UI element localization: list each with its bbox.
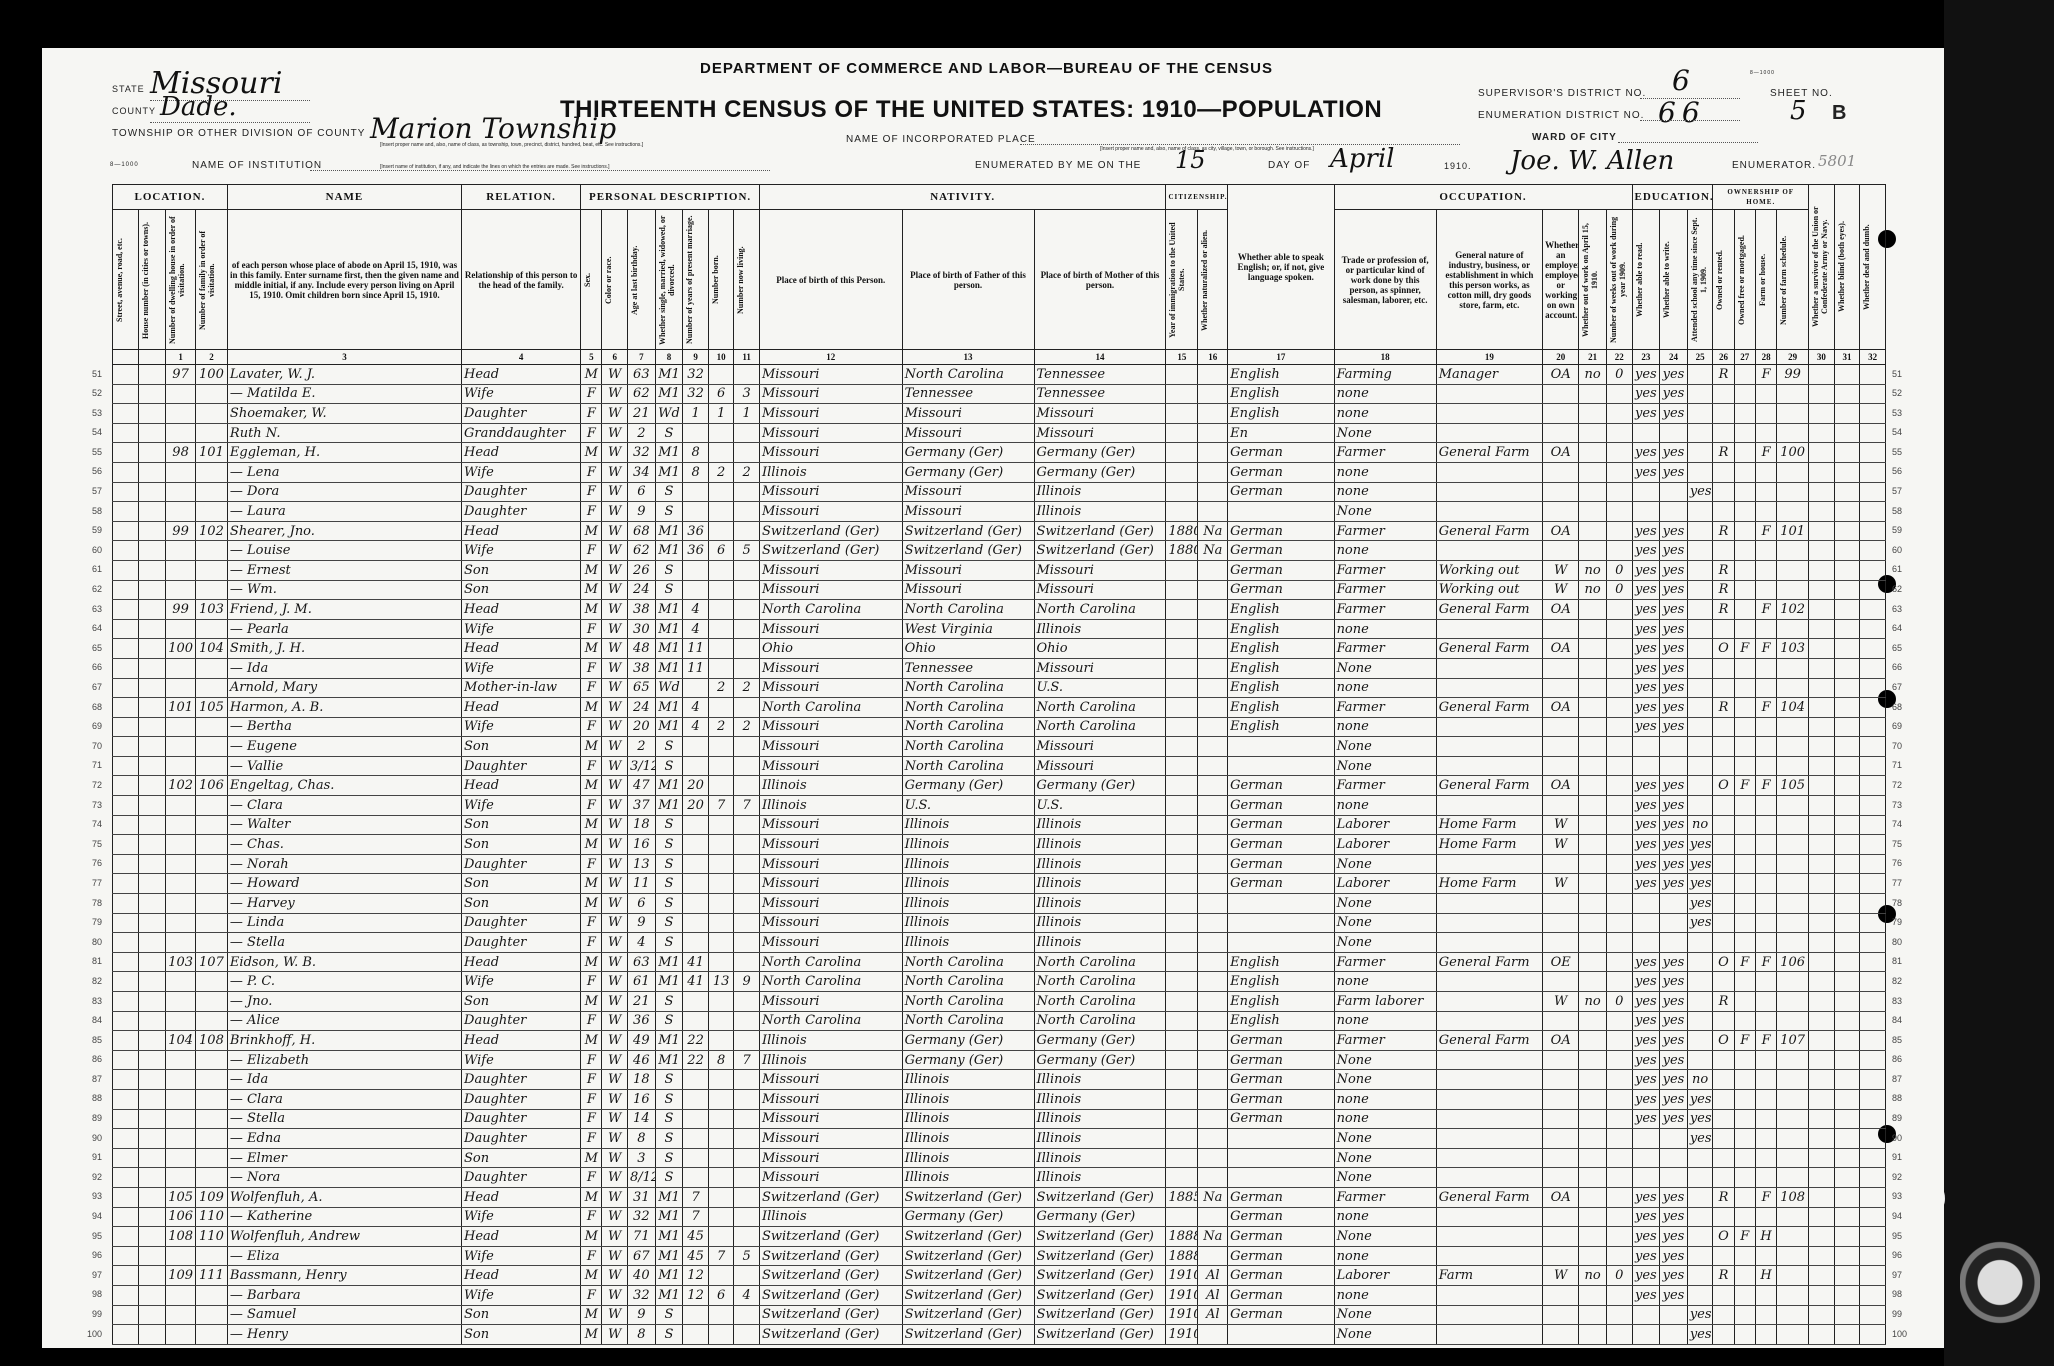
cell-free: [1734, 717, 1755, 737]
line-number-right: 65: [1892, 643, 1922, 653]
line-number-right: 75: [1892, 839, 1922, 849]
cell-emp: [1543, 1325, 1579, 1345]
cell-free: [1734, 600, 1755, 620]
cell-vet: [1809, 580, 1835, 600]
cell-nat: [1198, 698, 1228, 718]
cell-sex: M: [581, 874, 602, 894]
cell-bpf: Illinois: [902, 913, 1034, 933]
line-number-right: 54: [1892, 427, 1922, 437]
cell-imm: [1166, 365, 1198, 385]
cell-bpf: Missouri: [902, 580, 1034, 600]
cell-born: 2: [708, 462, 734, 482]
cell-nat: [1198, 1050, 1228, 1070]
cell-age: 67: [628, 1246, 656, 1266]
cell-house: [138, 1070, 166, 1090]
cell-bp: Switzerland (Ger): [759, 1227, 902, 1247]
cell-read: yes: [1632, 952, 1660, 972]
cell-industry: [1436, 658, 1542, 678]
cell-dwelling: [166, 835, 196, 855]
cell-imm: [1166, 678, 1198, 698]
cell-family: 102: [195, 521, 227, 541]
cell-weeks: [1606, 1031, 1632, 1051]
cell-nat: [1198, 815, 1228, 835]
cell-color: W: [602, 874, 628, 894]
cell-lang: German: [1228, 1266, 1334, 1286]
cell-years: [683, 1305, 709, 1325]
cell-weeks: [1606, 1011, 1632, 1031]
cell-oow: [1579, 737, 1607, 757]
cell-bpf: Germany (Ger): [902, 1031, 1034, 1051]
cell-own: [1713, 482, 1734, 502]
cell-bpf: Illinois: [902, 1070, 1034, 1090]
cell-house: [138, 639, 166, 659]
cell-living: [734, 1109, 760, 1129]
cell-oow: [1579, 423, 1607, 443]
cell-deaf: [1860, 796, 1886, 816]
cell-free: [1734, 404, 1755, 424]
cell-vet: [1809, 1109, 1835, 1129]
cell-vet: [1809, 854, 1835, 874]
cell-name: — Samuel: [227, 1305, 461, 1325]
cell-born: [708, 443, 734, 463]
cell-lang: English: [1228, 658, 1334, 678]
cell-relation: Wife: [462, 619, 581, 639]
cell-sex: M: [581, 835, 602, 855]
col-street: Street, avenue, road, etc.: [115, 215, 124, 345]
line-number-left: 99: [72, 1309, 102, 1319]
cell-weeks: [1606, 619, 1632, 639]
cell-weeks: [1606, 384, 1632, 404]
cell-house: [138, 1207, 166, 1227]
cell-relation: Wife: [462, 1285, 581, 1305]
cell-years: 4: [683, 698, 709, 718]
cell-read: yes: [1632, 443, 1660, 463]
cell-name: Wolfenfluh, Andrew: [227, 1227, 461, 1247]
cell-years: [683, 1011, 709, 1031]
cell-free: [1734, 874, 1755, 894]
cell-weeks: [1606, 1148, 1632, 1168]
cell-bpf: North Carolina: [902, 678, 1034, 698]
cell-own: [1713, 423, 1734, 443]
cell-bp: Missouri: [759, 1168, 902, 1188]
line-number-left: 81: [72, 956, 102, 966]
cell-emp: OE: [1543, 952, 1579, 972]
cell-industry: [1436, 1070, 1542, 1090]
cell-oow: [1579, 1050, 1607, 1070]
group-citizenship: CITIZENSHIP.: [1166, 185, 1228, 210]
cell-trade: Farmer: [1334, 1187, 1436, 1207]
cell-dwelling: [166, 874, 196, 894]
line-number-right: 81: [1892, 956, 1922, 966]
line-number-right: 89: [1892, 1113, 1922, 1123]
line-number-left: 68: [72, 702, 102, 712]
cell-own: [1713, 737, 1734, 757]
cell-relation: Wife: [462, 658, 581, 678]
cell-nat: [1198, 1070, 1228, 1090]
cell-bpm: Illinois: [1034, 482, 1166, 502]
cell-bpf: Missouri: [902, 502, 1034, 522]
cell-color: W: [602, 1168, 628, 1188]
cell-industry: Working out: [1436, 580, 1542, 600]
census-row: — WalterSonMW18SMissouriIllinoisIllinois…: [113, 815, 1886, 835]
column-number: 16: [1198, 350, 1228, 365]
cell-deaf: [1860, 1266, 1886, 1286]
cell-age: 2: [628, 737, 656, 757]
cell-weeks: 0: [1606, 365, 1632, 385]
cell-write: [1660, 1305, 1688, 1325]
cell-sched: [1777, 1246, 1809, 1266]
cell-imm: [1166, 952, 1198, 972]
cell-blind: [1834, 678, 1860, 698]
cell-nat: [1198, 933, 1228, 953]
cell-write: yes: [1660, 521, 1688, 541]
line-number-right: 52: [1892, 388, 1922, 398]
cell-bpf: North Carolina: [902, 952, 1034, 972]
cell-fh: [1755, 1129, 1776, 1149]
cell-dwelling: 106: [166, 1207, 196, 1227]
cell-living: 2: [734, 717, 760, 737]
cell-bp: Switzerland (Ger): [759, 1187, 902, 1207]
cell-own: [1713, 384, 1734, 404]
scan-border-top: [0, 0, 2054, 48]
cell-lang: German: [1228, 1246, 1334, 1266]
cell-weeks: [1606, 913, 1632, 933]
cell-bpf: Illinois: [902, 1089, 1034, 1109]
cell-deaf: [1860, 1109, 1886, 1129]
col-farm-house: Farm or house.: [1758, 215, 1767, 345]
cell-free: [1734, 1148, 1755, 1168]
cell-oow: [1579, 815, 1607, 835]
cell-weeks: [1606, 796, 1632, 816]
cell-industry: [1436, 854, 1542, 874]
cell-read: [1632, 894, 1660, 914]
cell-free: [1734, 560, 1755, 580]
cell-age: 6: [628, 894, 656, 914]
cell-sched: 99: [1777, 365, 1809, 385]
cell-trade: None: [1334, 423, 1436, 443]
cell-imm: [1166, 913, 1198, 933]
cell-bp: Illinois: [759, 1050, 902, 1070]
cell-street: [113, 482, 139, 502]
cell-name: — Ida: [227, 658, 461, 678]
cell-bpf: North Carolina: [902, 756, 1034, 776]
cell-write: yes: [1660, 658, 1688, 678]
cell-school: [1687, 404, 1713, 424]
cell-family: [195, 1168, 227, 1188]
cell-blind: [1834, 1207, 1860, 1227]
cell-oow: [1579, 600, 1607, 620]
cell-living: [734, 1148, 760, 1168]
cell-school: [1687, 776, 1713, 796]
census-row: 109111Bassmann, HenryHeadMW40M112Switzer…: [113, 1266, 1886, 1286]
cell-imm: [1166, 1011, 1198, 1031]
cell-house: [138, 1187, 166, 1207]
cell-color: W: [602, 1050, 628, 1070]
cell-family: [195, 1285, 227, 1305]
cell-industry: [1436, 678, 1542, 698]
cell-family: [195, 1305, 227, 1325]
cell-house: [138, 874, 166, 894]
enumerator-label: ENUMERATOR.: [1732, 160, 1816, 171]
cell-name: Eggleman, H.: [227, 443, 461, 463]
cell-trade: none: [1334, 1109, 1436, 1129]
cell-dwelling: 108: [166, 1227, 196, 1247]
cell-color: W: [602, 737, 628, 757]
cell-living: 9: [734, 972, 760, 992]
cell-weeks: [1606, 521, 1632, 541]
cell-born: [708, 1070, 734, 1090]
line-number-right: 63: [1892, 604, 1922, 614]
cell-emp: [1543, 423, 1579, 443]
cell-read: yes: [1632, 580, 1660, 600]
cell-bp: Missouri: [759, 384, 902, 404]
cell-born: [708, 502, 734, 522]
cell-imm: [1166, 462, 1198, 482]
cell-emp: [1543, 658, 1579, 678]
cell-lang: German: [1228, 560, 1334, 580]
cell-age: 3/12: [628, 756, 656, 776]
cell-color: W: [602, 1129, 628, 1149]
cell-lang: German: [1228, 1187, 1334, 1207]
col-out-of-work: Whether out of work on April 15, 1910.: [1581, 215, 1599, 345]
cell-blind: [1834, 365, 1860, 385]
census-row: — SamuelSonMW9SSwitzerland (Ger)Switzerl…: [113, 1305, 1886, 1325]
line-number-left: 62: [72, 584, 102, 594]
cell-age: 63: [628, 952, 656, 972]
cell-living: [734, 600, 760, 620]
column-number: 11: [734, 350, 760, 365]
cell-fh: F: [1755, 443, 1776, 463]
cell-emp: W: [1543, 835, 1579, 855]
cell-industry: [1436, 894, 1542, 914]
cell-age: 32: [628, 1207, 656, 1227]
col-years-married: Number of years of present marriage.: [685, 215, 694, 345]
cell-sched: 108: [1777, 1187, 1809, 1207]
column-number: 19: [1436, 350, 1542, 365]
cell-read: [1632, 502, 1660, 522]
cell-trade: Laborer: [1334, 874, 1436, 894]
cell-bpf: Illinois: [902, 874, 1034, 894]
cell-trade: none: [1334, 462, 1436, 482]
column-number: 13: [902, 350, 1034, 365]
cell-read: yes: [1632, 462, 1660, 482]
cell-own: [1713, 815, 1734, 835]
cell-imm: [1166, 874, 1198, 894]
cell-nat: [1198, 992, 1228, 1012]
cell-emp: [1543, 1109, 1579, 1129]
line-number-left: 66: [72, 662, 102, 672]
census-row: Arnold, MaryMother-in-lawFW65Wd22Missour…: [113, 678, 1886, 698]
cell-marital: S: [655, 737, 683, 757]
line-number-left: 90: [72, 1133, 102, 1143]
cell-blind: [1834, 1129, 1860, 1149]
cell-born: [708, 1227, 734, 1247]
cell-write: yes: [1660, 972, 1688, 992]
cell-years: [683, 1129, 709, 1149]
cell-school: [1687, 639, 1713, 659]
cell-blind: [1834, 560, 1860, 580]
cell-relation: Head: [462, 365, 581, 385]
column-number: 24: [1660, 350, 1688, 365]
col-children-born: Number born.: [711, 215, 720, 345]
cell-house: [138, 1285, 166, 1305]
cell-family: [195, 874, 227, 894]
cell-write: yes: [1660, 1227, 1688, 1247]
cell-living: [734, 1011, 760, 1031]
cell-nat: Na: [1198, 541, 1228, 561]
cell-bp: Missouri: [759, 992, 902, 1012]
cell-family: [195, 972, 227, 992]
cell-read: yes: [1632, 1031, 1660, 1051]
cell-read: yes: [1632, 384, 1660, 404]
cell-living: [734, 1070, 760, 1090]
cell-imm: [1166, 658, 1198, 678]
cell-sched: [1777, 462, 1809, 482]
cell-own: [1713, 404, 1734, 424]
cell-trade: Farmer: [1334, 639, 1436, 659]
cell-lang: English: [1228, 384, 1334, 404]
census-row: — VallieDaughterFW3/12SMissouriNorth Car…: [113, 756, 1886, 776]
cell-years: 22: [683, 1031, 709, 1051]
line-number-left: 71: [72, 760, 102, 770]
cell-sched: 107: [1777, 1031, 1809, 1051]
cell-bp: Missouri: [759, 1089, 902, 1109]
cell-lang: En: [1228, 423, 1334, 443]
cell-free: [1734, 796, 1755, 816]
cell-born: [708, 992, 734, 1012]
line-number-right: 97: [1892, 1270, 1922, 1280]
cell-sex: F: [581, 1129, 602, 1149]
cell-oow: [1579, 776, 1607, 796]
cell-age: 36: [628, 1011, 656, 1031]
census-row: 103107Eidson, W. B.HeadMW63M141North Car…: [113, 952, 1886, 972]
cell-blind: [1834, 815, 1860, 835]
cell-living: [734, 756, 760, 776]
cell-weeks: 0: [1606, 580, 1632, 600]
cell-read: [1632, 423, 1660, 443]
cell-living: [734, 560, 760, 580]
cell-write: [1660, 423, 1688, 443]
cell-house: [138, 521, 166, 541]
cell-nat: [1198, 1207, 1228, 1227]
cell-born: [708, 423, 734, 443]
cell-imm: [1166, 619, 1198, 639]
line-number-right: 98: [1892, 1289, 1922, 1299]
cell-vet: [1809, 1325, 1835, 1345]
cell-write: yes: [1660, 619, 1688, 639]
cell-weeks: [1606, 1305, 1632, 1325]
cell-bp: North Carolina: [759, 1011, 902, 1031]
cell-marital: S: [655, 1168, 683, 1188]
cell-color: W: [602, 1285, 628, 1305]
cell-dwelling: [166, 658, 196, 678]
cell-years: [683, 1168, 709, 1188]
cell-blind: [1834, 717, 1860, 737]
cell-house: [138, 560, 166, 580]
cell-relation: Head: [462, 1266, 581, 1286]
line-number-right: 69: [1892, 721, 1922, 731]
census-row: 104108Brinkhoff, H.HeadMW49M122IllinoisG…: [113, 1031, 1886, 1051]
cell-bp: Missouri: [759, 658, 902, 678]
cell-lang: German: [1228, 835, 1334, 855]
cell-family: [195, 1089, 227, 1109]
cell-bpm: Switzerland (Ger): [1034, 521, 1166, 541]
cell-years: 7: [683, 1187, 709, 1207]
cell-oow: [1579, 835, 1607, 855]
line-number-left: 56: [72, 466, 102, 476]
cell-industry: [1436, 1305, 1542, 1325]
cell-family: 101: [195, 443, 227, 463]
cell-free: [1734, 423, 1755, 443]
cell-dwelling: [166, 384, 196, 404]
cell-living: [734, 580, 760, 600]
line-number-right: 100: [1892, 1329, 1922, 1339]
col-name: of each person whose place of abode on A…: [227, 210, 461, 350]
cell-nat: Al: [1198, 1285, 1228, 1305]
cell-trade: none: [1334, 619, 1436, 639]
cell-born: 2: [708, 678, 734, 698]
cell-deaf: [1860, 1070, 1886, 1090]
cell-dwelling: [166, 913, 196, 933]
cell-trade: none: [1334, 541, 1436, 561]
cell-color: W: [602, 1109, 628, 1129]
cell-family: [195, 796, 227, 816]
cell-family: 111: [195, 1266, 227, 1286]
cell-color: W: [602, 639, 628, 659]
cell-dwelling: [166, 796, 196, 816]
cell-imm: 1885: [1166, 1187, 1198, 1207]
cell-blind: [1834, 1246, 1860, 1266]
cell-oow: [1579, 1168, 1607, 1188]
cell-read: yes: [1632, 776, 1660, 796]
cell-years: [683, 1148, 709, 1168]
cell-read: yes: [1632, 1070, 1660, 1090]
cell-deaf: [1860, 913, 1886, 933]
cell-vet: [1809, 619, 1835, 639]
cell-age: 9: [628, 1305, 656, 1325]
cell-living: 2: [734, 678, 760, 698]
cell-years: [683, 580, 709, 600]
cell-write: yes: [1660, 639, 1688, 659]
cell-weeks: 0: [1606, 560, 1632, 580]
cell-dwelling: 99: [166, 521, 196, 541]
cell-family: [195, 1011, 227, 1031]
cell-school: [1687, 1246, 1713, 1266]
cell-family: [195, 462, 227, 482]
cell-family: [195, 1109, 227, 1129]
county-value: Dade.: [160, 92, 237, 122]
cell-bp: North Carolina: [759, 698, 902, 718]
column-number: 4: [462, 350, 581, 365]
cell-deaf: [1860, 737, 1886, 757]
cell-emp: OA: [1543, 521, 1579, 541]
cell-dwelling: [166, 1246, 196, 1266]
cell-industry: General Farm: [1436, 521, 1542, 541]
cell-marital: S: [655, 1148, 683, 1168]
line-number-right: 93: [1892, 1191, 1922, 1201]
cell-emp: [1543, 756, 1579, 776]
cell-weeks: [1606, 541, 1632, 561]
cell-trade: none: [1334, 384, 1436, 404]
line-number-left: 57: [72, 486, 102, 496]
cell-write: yes: [1660, 1187, 1688, 1207]
cell-marital: S: [655, 482, 683, 502]
cell-lang: English: [1228, 365, 1334, 385]
cell-street: [113, 835, 139, 855]
cell-own: [1713, 1207, 1734, 1227]
cell-bpm: Germany (Ger): [1034, 462, 1166, 482]
col-employer: Whether an employer, employee, or workin…: [1543, 210, 1579, 350]
